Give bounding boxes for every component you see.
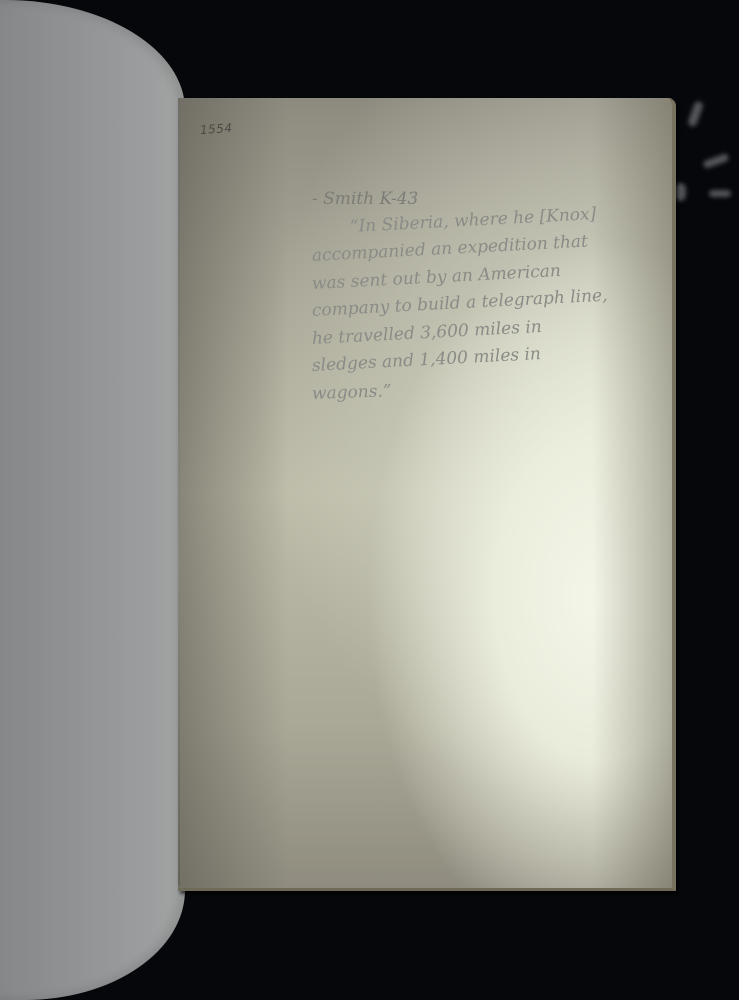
corner-catalog-number: 1554 (200, 121, 233, 137)
photo-background: 1554 - Smith K-43 “In Siberia, where he … (0, 0, 739, 1000)
book-gutter (178, 100, 180, 885)
background-marks (669, 95, 739, 225)
handwritten-note: - Smith K-43 “In Siberia, where he [Knox… (312, 186, 652, 408)
left-page (0, 0, 185, 1000)
